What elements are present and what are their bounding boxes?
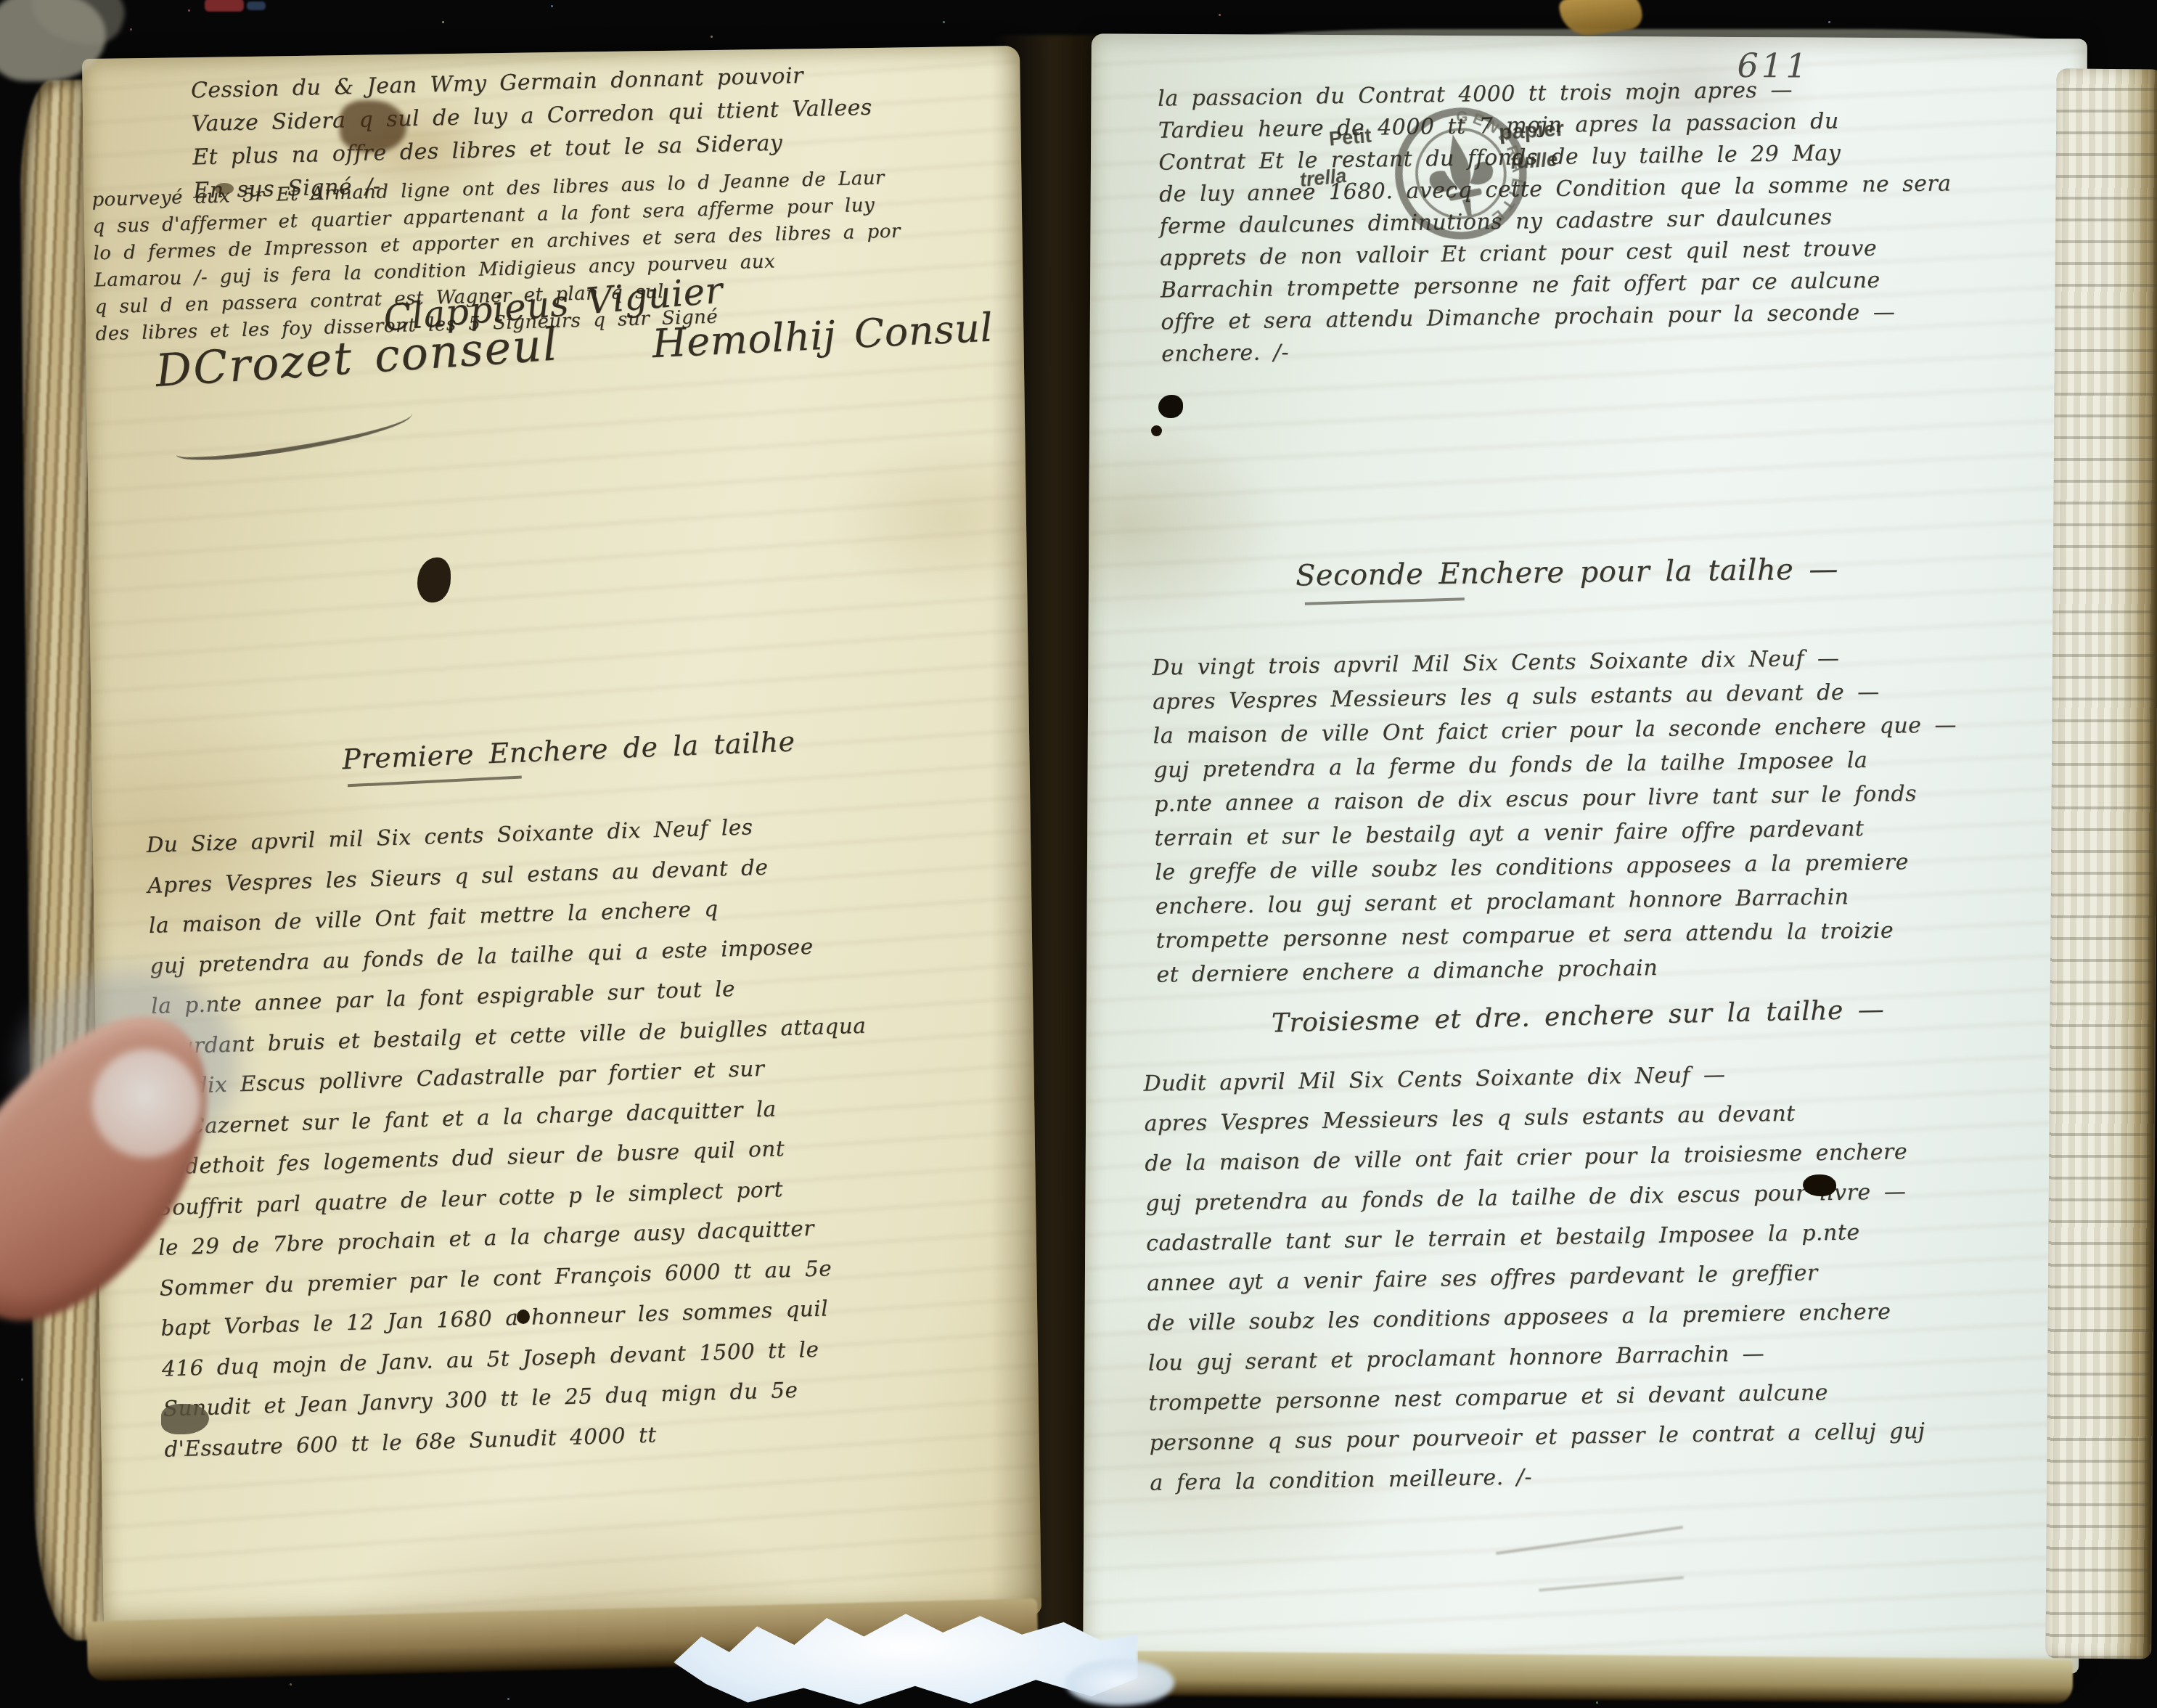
blue-object-fragment <box>247 1 266 10</box>
ink-blot <box>1151 425 1162 436</box>
white-cloth <box>1065 1659 1174 1706</box>
paragraph-premiere-enchere: Du Size apvril mil Six cents Soixante di… <box>146 801 992 1469</box>
red-object-fragment <box>205 0 244 12</box>
manuscript-photo: Cession du & Jean Wmy Germain donnant po… <box>0 0 2157 1708</box>
ink-blot <box>1803 1174 1836 1196</box>
right-page: 611 GENERALITE Petit papier tr <box>1083 33 2087 1673</box>
paragraph-seconde-enchere: Du vingt trois apvril Mil Six Cents Soix… <box>1152 639 2049 992</box>
camera-noise-speckles <box>0 0 1 1</box>
bottom-page-edge-right <box>1100 1651 2073 1704</box>
paragraph-troisiesme-enchere: Dudit apvril Mil Six Cents Soixante dix … <box>1143 1050 2050 1503</box>
ink-blot <box>1158 395 1183 418</box>
ink-blot <box>517 1309 530 1324</box>
ink-stain <box>340 100 406 152</box>
heading-seconde-enchere: Seconde Enchere pour la tailhe — <box>1296 552 1838 592</box>
left-page: Cession du & Jean Wmy Germain donnant po… <box>82 46 1041 1628</box>
paragraph-contrat: la passacion du Contrat 4000 tt trois mo… <box>1158 71 2047 371</box>
ink-blot <box>215 183 234 195</box>
fore-edge-page-stack <box>2045 69 2157 1659</box>
